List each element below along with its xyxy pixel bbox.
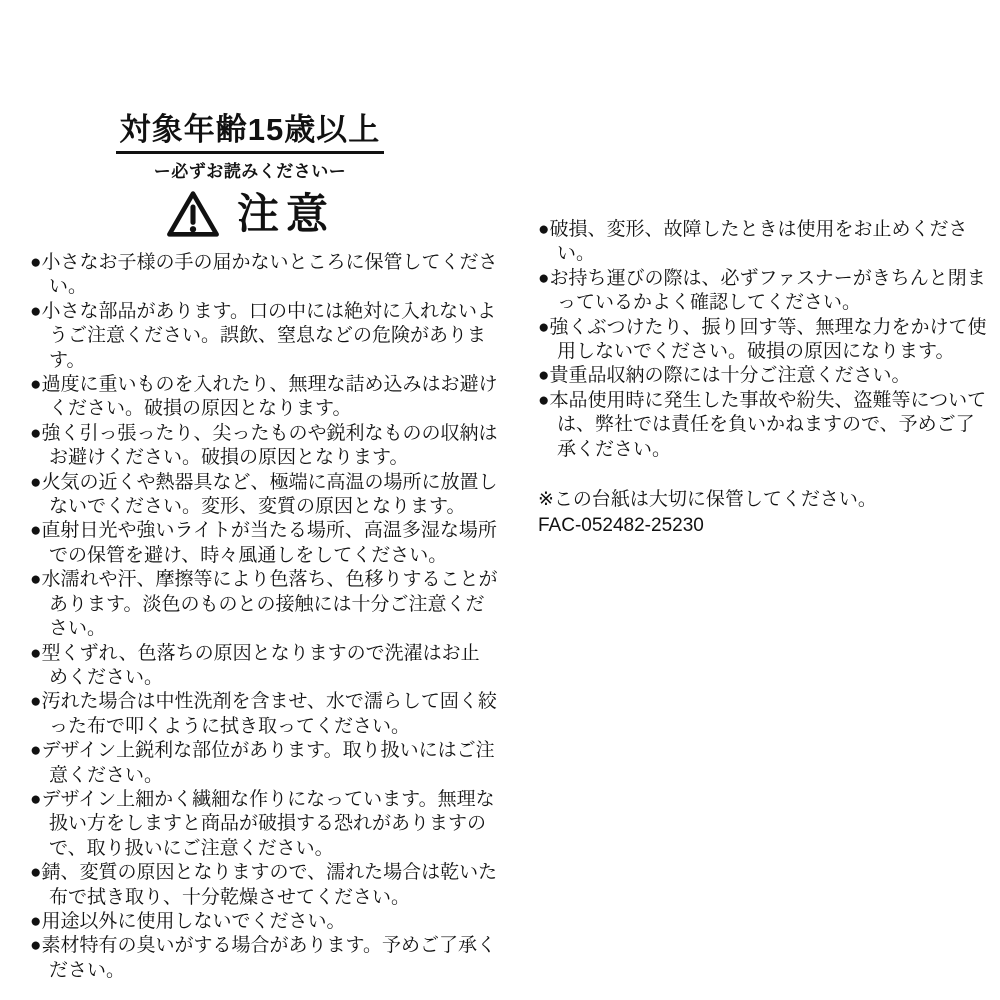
warning-item: ●過度に重いものを入れたり、無理な詰め込みはお避けください。破損の原因となります…: [30, 373, 498, 422]
warning-item: ●本品使用時に発生した事故や紛失、盗難等については、弊社では責任を負いかねますの…: [538, 389, 992, 462]
caution-heading: 注意: [0, 189, 500, 239]
warning-list-right: ●破損、変形、故障したときは使用をお止めください。 ●お持ち運びの際は、必ずファ…: [538, 218, 992, 462]
warning-item: ●用途以外に使用しないでください。: [30, 910, 498, 934]
warning-item: ●デザイン上鋭利な部位があります。取り扱いにはご注意ください。: [30, 739, 498, 788]
warning-item: ●破損、変形、故障したときは使用をお止めください。: [538, 218, 992, 267]
warning-list-left: ●小さなお子様の手の届かないところに保管してください。 ●小さな部品があります。…: [30, 251, 498, 983]
warning-item: ●汚れた場合は中性洗剤を含ませ、水で濡らして固く絞った布で叩くように拭き取ってく…: [30, 690, 498, 739]
warnings-right-column: ●破損、変形、故障したときは使用をお止めください。 ●お持ち運びの際は、必ずファ…: [538, 218, 992, 539]
target-age-title: 対象年齢15歳以上: [116, 112, 384, 154]
warning-item: ●水濡れや汗、摩擦等により色落ち、色移りすることがあります。淡色のものとの接触に…: [30, 568, 498, 641]
footnote: ※この台紙は大切に保管してください。 FAC-052482-25230: [538, 487, 992, 539]
product-code: FAC-052482-25230: [538, 513, 992, 539]
warning-item: ●小さなお子様の手の届かないところに保管してください。: [30, 251, 498, 300]
warning-item: ●強く引っ張ったり、尖ったものや鋭利なものの収納はお避けください。破損の原因とな…: [30, 422, 498, 471]
warning-item: ●小さな部品があります。口の中には絶対に入れないようご注意ください。誤飲、窒息な…: [30, 300, 498, 373]
warning-item: ●貴重品収納の際には十分ご注意ください。: [538, 364, 992, 388]
caution-title: 注意: [237, 193, 335, 235]
warning-item: ●直射日光や強いライトが当たる場所、高温多湿な場所での保管を避け、時々風通しをし…: [30, 519, 498, 568]
warning-item: ●強くぶつけたり、振り回す等、無理な力をかけて使用しないでください。破損の原因に…: [538, 316, 992, 365]
warning-item: ●デザイン上細かく繊細な作りになっています。無理な扱い方をしますと商品が破損する…: [30, 788, 498, 861]
warning-item: ●錆、変質の原因となりますので、濡れた場合は乾いた布で拭き取り、十分乾燥させてく…: [30, 861, 498, 910]
keep-card-note: ※この台紙は大切に保管してください。: [538, 487, 992, 513]
warnings-left-column: ●小さなお子様の手の届かないところに保管してください。 ●小さな部品があります。…: [30, 251, 498, 983]
warning-item: ●お持ち運びの際は、必ずファスナーがきちんと閉まっているかよく確認してください。: [538, 267, 992, 316]
warning-item: ●火気の近くや熱器具など、極端に高温の場所に放置しないでください。変形、変質の原…: [30, 471, 498, 520]
warning-item: ●型くずれ、色落ちの原因となりますので洗濯はお止めください。: [30, 642, 498, 691]
must-read-note: ー必ずお読みくださいー: [0, 157, 500, 182]
warning-item: ●素材特有の臭いがする場合があります。予めご了承ください。: [30, 934, 498, 983]
warning-triangle-icon: [165, 189, 221, 239]
header: 対象年齢15歳以上 ー必ずお読みくださいー 注意: [0, 112, 500, 239]
caution-card: 対象年齢15歳以上 ー必ずお読みくださいー 注意 ●小さなお子様の手の届かないと…: [0, 0, 1000, 1000]
